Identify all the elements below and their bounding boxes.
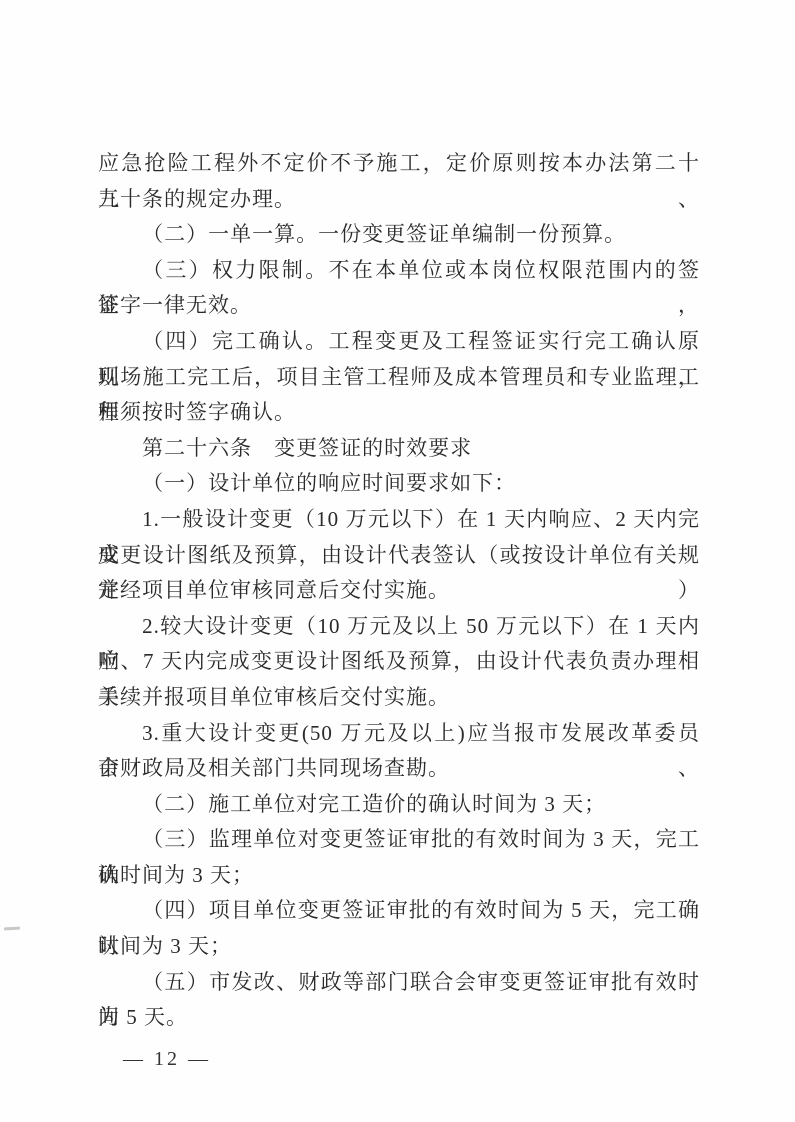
- text-line: 应、7 天内完成变更设计图纸及预算，由设计代表负责办理相关: [98, 644, 700, 680]
- text-line: （四）完工确认。工程变更及工程签证实行完工确认原则，: [98, 324, 700, 360]
- text-line: 现场施工完工后，项目主管工程师及成本管理员和专业监理工程: [98, 360, 700, 396]
- text-line: （一）设计单位的响应时间要求如下：: [98, 466, 700, 502]
- page-number: — 12 —: [123, 1048, 211, 1071]
- text-line: （三）权力限制。不在本单位或本岗位权限范围内的签证，: [98, 253, 700, 289]
- text-line: 师须按时签字确认。: [98, 395, 700, 431]
- article-26-heading: 第二十六条 变更签证的时效要求: [98, 431, 700, 467]
- text-line: 时间为 3 天；: [98, 929, 700, 965]
- text-line: （二）施工单位对完工造价的确认时间为 3 天；: [98, 787, 700, 823]
- text-line: （三）监理单位对变更签证审批的有效时间为 3 天，完工确: [98, 822, 700, 858]
- text-line: 2.较大设计变更（10 万元及以上 50 万元以下）在 1 天内响: [98, 609, 700, 645]
- scanned-document-page: 应急抢险工程外不定价不予施工，定价原则按本办法第二十九、 三十条的规定办理。 （…: [0, 0, 795, 1122]
- text-line: （二）一单一算。一份变更签证单编制一份预算。: [98, 217, 700, 253]
- text-line: 3.重大设计变更(50 万元及以上)应当报市发展改革委员会、: [98, 716, 700, 752]
- text-line: 应急抢险工程外不定价不予施工，定价原则按本办法第二十九、: [98, 146, 700, 182]
- text-line: 为 5 天。: [98, 1000, 700, 1036]
- text-line: 认时间为 3 天；: [98, 858, 700, 894]
- text-line: 变更设计图纸及预算，由设计代表签认（或按设计单位有关规定）: [98, 538, 700, 574]
- text-line: （四）项目单位变更签证审批的有效时间为 5 天，完工确认: [98, 893, 700, 929]
- scan-artifact-mark: [4, 927, 20, 931]
- document-text-block: 应急抢险工程外不定价不予施工，定价原则按本办法第二十九、 三十条的规定办理。 （…: [98, 146, 700, 1036]
- text-line: 1.一般设计变更（10 万元以下）在 1 天内响应、2 天内完成: [98, 502, 700, 538]
- text-line: 手续并报项目单位审核后交付实施。: [98, 680, 700, 716]
- text-line: （五）市发改、财政等部门联合会审变更签证审批有效时间: [98, 965, 700, 1001]
